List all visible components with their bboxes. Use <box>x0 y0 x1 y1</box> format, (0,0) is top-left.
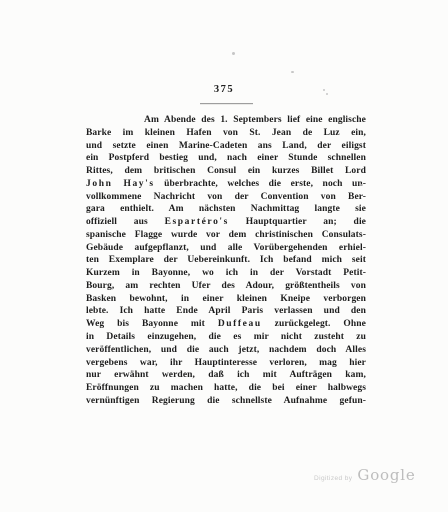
scan-speckle <box>291 71 294 73</box>
text-line: und setzte einen Marine-Cadeten ans Land… <box>86 140 366 153</box>
scan-speckle <box>361 184 363 186</box>
scan-speckle <box>232 52 235 55</box>
text-line: lebte. Ich hatte Ende April Paris verlas… <box>86 305 366 318</box>
text-line: Am Abende des 1. Septembers lief eine en… <box>86 114 366 127</box>
text-line: Basken bewohnt, in einer kleinen Kneipe … <box>86 293 366 306</box>
text-line: gara enthielt. Am nächsten Nachmittag la… <box>86 203 366 216</box>
text-line: Barke im kleinen Hafen von St. Jean de L… <box>86 127 366 140</box>
letter-spaced-name: Duffeau <box>218 319 262 329</box>
text-line: vergebens war, ihr Hauptinteresse verlor… <box>86 357 366 370</box>
text-line: Weg bis Bayonne mit Duffeau zurückgelegt… <box>86 318 366 331</box>
page-number: 375 <box>0 84 448 95</box>
text-line: offiziell aus Espartéro's Hauptquartier … <box>86 216 366 229</box>
scan-speckle <box>323 89 325 91</box>
text-line: veröffentlichen, und die auch jetzt, nac… <box>86 344 366 357</box>
scanned-book-page: 375 Am Abende des 1. Septembers lief ein… <box>0 0 448 512</box>
text-line: nur erwähnt werden, daß ich mit Aufträge… <box>86 369 366 382</box>
text-line: John Hay's überbrachte, welches die erst… <box>86 178 366 191</box>
text-line: in Details einzugehen, die es mir nicht … <box>86 331 366 344</box>
google-logo: Google <box>357 466 415 484</box>
text-line: Bourg, am rechten Ufer des Adour, größte… <box>86 280 366 293</box>
text-line: Rittes, dem britischen Consul ein kurzes… <box>86 165 366 178</box>
google-watermark: Digitized by Google <box>314 466 416 484</box>
body-text: Am Abende des 1. Septembers lief eine en… <box>86 114 366 408</box>
text-line: Gebäude aufgepflanzt, und alle Vorüberge… <box>86 242 366 255</box>
scan-speckle <box>326 93 328 95</box>
page-number-rule <box>200 103 253 104</box>
text-line: Kurzem in Bayonne, wo ich in der Vorstad… <box>86 267 366 280</box>
letter-spaced-name: Espartéro's <box>165 217 229 227</box>
text-line: ein Postpferd bestieg und, nach einer St… <box>86 152 366 165</box>
text-line: Eröffnungen zu machen hatte, die bei ein… <box>86 382 366 395</box>
text-line: spanische Flagge wurde vor dem christini… <box>86 229 366 242</box>
text-line: vollkommene Nachricht von der Convention… <box>86 191 366 204</box>
digitized-by-label: Digitized by <box>314 475 352 482</box>
text-line: ten Exemplare der Uebereinkunft. Ich bef… <box>86 254 366 267</box>
text-line: vernünftigen Regierung die schnellste Au… <box>86 395 366 408</box>
letter-spaced-name: John Hay's <box>86 179 155 189</box>
